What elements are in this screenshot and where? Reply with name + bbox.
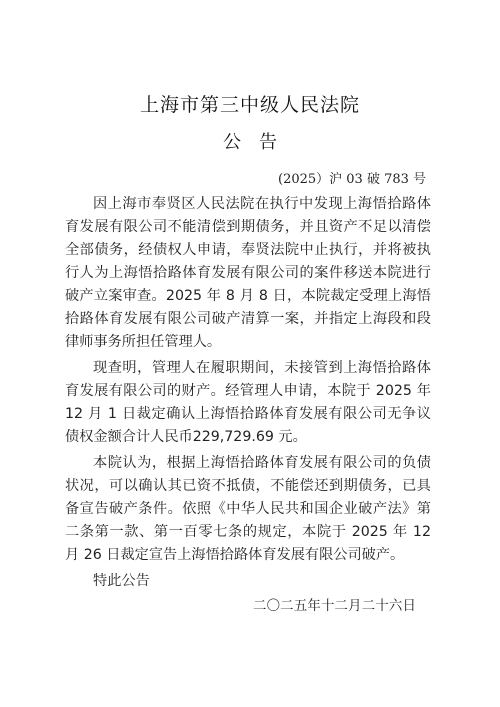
- notice-heading: 公告: [0, 131, 500, 155]
- paragraph-case-background: 因上海市奉贤区人民法院在执行中发现上海悟拾路体育发展有限公司不能清偿到期债务，并…: [65, 193, 431, 354]
- issue-date: 二〇二五年十二月二十六日: [253, 596, 423, 618]
- paragraph-ruling: 本院认为，根据上海悟拾路体育发展有限公司的负债状况，可以确认其已资不抵债，不能偿…: [65, 452, 431, 567]
- closing-statement: 特此公告: [65, 570, 431, 593]
- notice-page: 上海市第三中级人民法院 公告 (2025）沪 03 破 783 号 因上海市奉贤…: [0, 0, 500, 707]
- paragraph-findings: 现查明，管理人在履职期间，未接管到上海悟拾路体育发展有限公司的财产。经管理人申请…: [65, 357, 431, 449]
- case-number: (2025）沪 03 破 783 号: [278, 170, 438, 190]
- notice-body: 因上海市奉贤区人民法院在执行中发现上海悟拾路体育发展有限公司不能清偿到期债务，并…: [65, 193, 431, 596]
- court-name-title: 上海市第三中级人民法院: [0, 93, 500, 117]
